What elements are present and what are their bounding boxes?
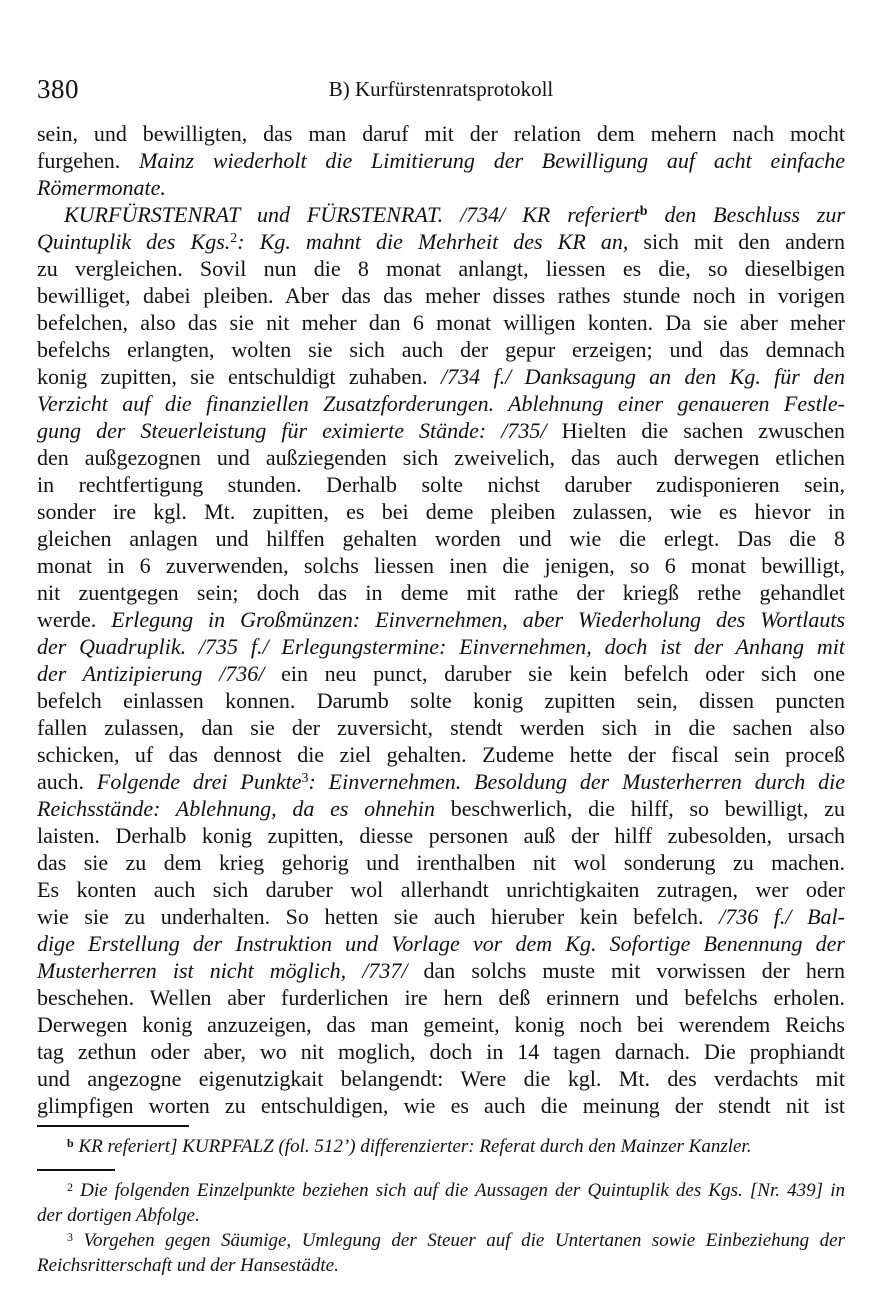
text-run: gleichen anlagen und hilffen gehalten wo… bbox=[37, 526, 845, 551]
text-line: befelchen, also das sie nit meher dan 6 … bbox=[37, 309, 845, 336]
text-run: in rechtfertigung stunden. Derhalb solte… bbox=[37, 472, 845, 497]
text-run: Römermonate. bbox=[37, 175, 166, 200]
text-run: befelchs erlangten, wolten sie sich auch… bbox=[37, 337, 845, 362]
text-run: bewilliget, dabei pleiben. Aber das das … bbox=[37, 283, 845, 308]
text-line: befelchs erlangten, wolten sie sich auch… bbox=[37, 336, 845, 363]
text-run: Mainz wiederholt die Limitierung der Bew… bbox=[139, 148, 845, 173]
text-run: dige Erstellung der Instruktion und Vorl… bbox=[37, 931, 845, 956]
text-run: Musterherren ist nicht möglich, /737/ bbox=[37, 958, 424, 983]
text-run: der Antizipierung /736/ bbox=[37, 661, 281, 686]
text-run: ein neu punct, daruber sie kein befelch … bbox=[281, 661, 845, 686]
footnote-marker: 2 bbox=[67, 1180, 73, 1194]
text-run: werde. bbox=[37, 607, 111, 632]
text-run: konig zupitten, sie entschuldigt zuhaben… bbox=[37, 364, 441, 389]
text-line: der dortigen Abfolge. bbox=[37, 1203, 845, 1228]
text-line: 2 Die folgenden Einzelpunkte beziehen si… bbox=[37, 1178, 845, 1203]
text-run: gung der Steuerleistung für eximierte St… bbox=[37, 418, 562, 443]
text-run: KR referiert] KURPFALZ (fol. 512’) diffe… bbox=[74, 1136, 752, 1157]
text-line: Römermonate. bbox=[37, 174, 845, 201]
text-run: KURFÜRSTENRAT und FÜRSTENRAT. /734/ KR r… bbox=[64, 202, 640, 227]
text-run: der dortigen Abfolge. bbox=[37, 1205, 200, 1226]
text-run: Reichsstände: Ablehnung, da es ohnehin bbox=[37, 796, 451, 821]
text-line: Es konten auch sich daruber wol allerhan… bbox=[37, 876, 845, 903]
text-line: zu vergleichen. Sovil nun die 8 monat an… bbox=[37, 255, 845, 282]
text-line: furgehen. Mainz wiederholt die Limitieru… bbox=[37, 147, 845, 174]
text-run: befelchen, also das sie nit meher dan 6 … bbox=[37, 310, 845, 335]
text-run: wie sie zu underhalten. So hetten sie au… bbox=[37, 904, 719, 929]
running-header-title: B) Kurfürstenratsprotokoll bbox=[37, 74, 845, 104]
text-run: fallen zulassen, dan sie der zuversicht,… bbox=[37, 715, 845, 740]
text-line: KURFÜRSTENRAT und FÜRSTENRAT. /734/ KR r… bbox=[37, 201, 845, 228]
text-line: das sie zu dem krieg gehorig und irentha… bbox=[37, 849, 845, 876]
text-run: furgehen. bbox=[37, 148, 139, 173]
text-line: gung der Steuerleistung für eximierte St… bbox=[37, 417, 845, 444]
text-run: /736 f./ Bal- bbox=[719, 904, 845, 929]
text-line: 3 Vorgehen gegen Säumige, Umlegung der S… bbox=[37, 1228, 845, 1253]
text-run: Die folgenden Einzelpunkte beziehen sich… bbox=[73, 1180, 845, 1201]
text-run: den außgezognen und außziegenden sich zw… bbox=[37, 445, 845, 470]
footnote-separator-b bbox=[37, 1125, 189, 1127]
text-line: der Antizipierung /736/ ein neu punct, d… bbox=[37, 660, 845, 687]
text-run: auch. bbox=[37, 769, 97, 794]
text-line: der Quadruplik. /735 f./ Erlegungstermin… bbox=[37, 633, 845, 660]
text-line: glimpfigen worten zu entschuldigen, wie … bbox=[37, 1092, 845, 1119]
text-line: befelch einlassen konnen. Darumb solte k… bbox=[37, 687, 845, 714]
text-line: konig zupitten, sie entschuldigt zuhaben… bbox=[37, 363, 845, 390]
text-run: : Einvernehmen. Besoldung der Musterherr… bbox=[308, 769, 845, 794]
running-header: 380 B) Kurfürstenratsprotokoll bbox=[37, 74, 845, 104]
text-line: in rechtfertigung stunden. Derhalb solte… bbox=[37, 471, 845, 498]
text-run: Verzicht auf die finanziellen Zusatzford… bbox=[37, 391, 845, 416]
text-run: /734 f./ Danksagung an den Kg. für den bbox=[441, 364, 845, 389]
scanned-document-page: 380 B) Kurfürstenratsprotokoll sein, und… bbox=[0, 0, 891, 1300]
footnote-marker: 3 bbox=[301, 771, 308, 786]
text-line: fallen zulassen, dan sie der zuversicht,… bbox=[37, 714, 845, 741]
text-line: Derwegen konig anzuzeigen, das man gemei… bbox=[37, 1011, 845, 1038]
text-run: sonder ire kgl. Mt. zupitten, es bei dem… bbox=[37, 499, 845, 524]
footnote-marker: 3 bbox=[67, 1230, 73, 1244]
text-line: tag zethun oder aber, wo nit moglich, do… bbox=[37, 1038, 845, 1065]
footnote-separator-numeric bbox=[37, 1169, 115, 1171]
text-line: nit zuentgegen sein; doch das in deme mi… bbox=[37, 579, 845, 606]
text-run: monat in 6 zuverwenden, solchs liessen i… bbox=[37, 553, 845, 578]
footnote-b: b KR referiert] KURPFALZ (fol. 512’) dif… bbox=[37, 1134, 845, 1159]
text-run: sein, und bewilligten, das man daruf mit… bbox=[37, 121, 845, 146]
text-run: Es konten auch sich daruber wol allerhan… bbox=[37, 877, 845, 902]
text-line: sein, und bewilligten, das man daruf mit… bbox=[37, 120, 845, 147]
text-line: gleichen anlagen und hilffen gehalten wo… bbox=[37, 525, 845, 552]
text-run: und angezogne eigenutzigkait belangendt:… bbox=[37, 1066, 845, 1091]
footnote-3: 3 Vorgehen gegen Säumige, Umlegung der S… bbox=[37, 1228, 845, 1278]
text-line: monat in 6 zuverwenden, solchs liessen i… bbox=[37, 552, 845, 579]
footnote-marker: b bbox=[640, 204, 648, 219]
text-run: Hielten die sachen zwuschen bbox=[562, 418, 845, 443]
footnote-marker: b bbox=[67, 1136, 74, 1150]
text-run: Erlegung in Großmünzen: Einvernehmen, ab… bbox=[111, 607, 845, 632]
text-line: Verzicht auf die finanziellen Zusatzford… bbox=[37, 390, 845, 417]
footnotes-section: b KR referiert] KURPFALZ (fol. 512’) dif… bbox=[37, 1125, 845, 1278]
footnote-2: 2 Die folgenden Einzelpunkte beziehen si… bbox=[37, 1178, 845, 1228]
text-line: b KR referiert] KURPFALZ (fol. 512’) dif… bbox=[37, 1134, 845, 1159]
text-run: den Beschluss zur bbox=[648, 202, 845, 227]
text-line: schicken, uf das dennost die ziel gehalt… bbox=[37, 741, 845, 768]
text-run: befelch einlassen konnen. Darumb solte k… bbox=[37, 688, 845, 713]
text-line: Reichsritterschaft und der Hansestädte. bbox=[37, 1253, 845, 1278]
text-run: laisten. Derhalb konig zupitten, diesse … bbox=[37, 823, 845, 848]
text-run: das sie zu dem krieg gehorig und irentha… bbox=[37, 850, 845, 875]
text-line: sonder ire kgl. Mt. zupitten, es bei dem… bbox=[37, 498, 845, 525]
text-line: werde. Erlegung in Großmünzen: Einverneh… bbox=[37, 606, 845, 633]
text-run: dan solchs muste mit vorwissen der hern bbox=[424, 958, 845, 983]
text-run: tag zethun oder aber, wo nit moglich, do… bbox=[37, 1039, 845, 1064]
text-line: den außgezognen und außziegenden sich zw… bbox=[37, 444, 845, 471]
text-run: beschwerlich, die hilff, so bewilligt, z… bbox=[451, 796, 845, 821]
text-run: : Kg. mahnt die Mehrheit des KR an, bbox=[237, 229, 643, 254]
text-run: Vorgehen gegen Säumige, Umlegung der Ste… bbox=[73, 1230, 845, 1251]
text-run: glimpfigen worten zu entschuldigen, wie … bbox=[37, 1093, 845, 1118]
text-run: zu vergleichen. Sovil nun die 8 monat an… bbox=[37, 256, 845, 281]
text-line: beschehen. Wellen aber furderlichen ire … bbox=[37, 984, 845, 1011]
page-number: 380 bbox=[37, 74, 79, 104]
text-line: bewilliget, dabei pleiben. Aber das das … bbox=[37, 282, 845, 309]
text-run: nit zuentgegen sein; doch das in deme mi… bbox=[37, 580, 845, 605]
text-run: schicken, uf das dennost die ziel gehalt… bbox=[37, 742, 845, 767]
text-line: und angezogne eigenutzigkait belangendt:… bbox=[37, 1065, 845, 1092]
text-line: laisten. Derhalb konig zupitten, diesse … bbox=[37, 822, 845, 849]
text-line: dige Erstellung der Instruktion und Vorl… bbox=[37, 930, 845, 957]
text-run: sich mit den andern bbox=[643, 229, 845, 254]
text-line: auch. Folgende drei Punkte3: Einvernehme… bbox=[37, 768, 845, 795]
text-line: wie sie zu underhalten. So hetten sie au… bbox=[37, 903, 845, 930]
text-run: Derwegen konig anzuzeigen, das man gemei… bbox=[37, 1012, 845, 1037]
text-run: Reichsritterschaft und der Hansestädte. bbox=[37, 1255, 339, 1276]
text-run: beschehen. Wellen aber furderlichen ire … bbox=[37, 985, 845, 1010]
footnote-marker: 2 bbox=[230, 231, 237, 246]
text-run: Quintuplik des Kgs. bbox=[37, 229, 230, 254]
text-run: Folgende drei Punkte bbox=[97, 769, 302, 794]
body-text: sein, und bewilligten, das man daruf mit… bbox=[37, 120, 845, 1119]
text-line: Musterherren ist nicht möglich, /737/ da… bbox=[37, 957, 845, 984]
text-line: Reichsstände: Ablehnung, da es ohnehin b… bbox=[37, 795, 845, 822]
text-run: der Quadruplik. /735 f./ Erlegungstermin… bbox=[37, 634, 845, 659]
text-line: Quintuplik des Kgs.2: Kg. mahnt die Mehr… bbox=[37, 228, 845, 255]
